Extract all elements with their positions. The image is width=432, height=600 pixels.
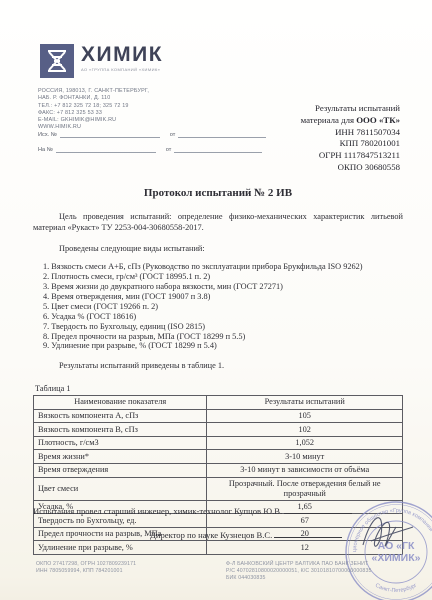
test-item: 6. Усадка % (ГОСТ 18616) [43, 312, 403, 322]
ref-date-blank [178, 131, 266, 138]
company-subtitle: АО «ГРУППА КОМПАНИЙ «ХИМИК» [81, 67, 163, 72]
director-signature-blank [274, 529, 342, 538]
ref-number-label: На № [38, 147, 53, 153]
svg-text:Санкт-Петербург: Санкт-Петербург [374, 583, 418, 594]
address-line: ФАКС: +7 812 325 53 33 [38, 110, 149, 117]
table-row: Время жизни* 3-10 минут [34, 450, 403, 464]
result-value-cell: 102 [207, 423, 403, 437]
company-address-block: РОССИЯ, 198013, Г. САНКТ-ПЕТЕРБУРГ,НАБ. … [38, 88, 149, 132]
table-row: Вязкость компонента А, сПз 105 [34, 409, 403, 423]
results-note: Результаты испытаний приведены в таблице… [33, 361, 403, 371]
tests-list: 1. Вязкость смеси А+Б, сПз (Руководство … [43, 262, 403, 351]
table-header-row: Наименование показателя Результаты испыт… [34, 395, 403, 409]
result-value-cell: 105 [207, 409, 403, 423]
recipient-inn: ИНН 7811507034 [301, 127, 400, 139]
engineer-signature-text: Испытания провел старший инженер, химик-… [33, 506, 282, 516]
indicator-name-cell: Цвет смеси [34, 477, 207, 500]
ref-date-label: от [166, 147, 172, 153]
footer-line: БИК 044030835 [226, 575, 406, 582]
document-title: Протокол испытаний № 2 ИВ [33, 188, 403, 198]
logo-emblem-icon [40, 44, 74, 78]
indicator-name-cell: Время жизни* [34, 450, 207, 464]
indicator-name-cell: Плотность, г/см3 [34, 436, 207, 450]
table-caption: Таблица 1 [35, 384, 403, 394]
address-line: ТЕЛ.: +7 812 325 72 18; 325 72 19 [38, 103, 149, 110]
table-row: Вязкость компонента В, сПз 102 [34, 423, 403, 437]
director-signature-line: Директор по науке Кузнецов В.С. [150, 529, 342, 540]
footer-line: Р/С 40702810800020000051, К/С 3010181070… [226, 568, 406, 575]
ref-number-blank [60, 131, 160, 138]
stamp-center-line1: АО «ГК [378, 540, 415, 552]
test-item: 4. Время отверждения, мин (ГОСТ 19007 п … [43, 292, 403, 302]
ref-number-blank [56, 146, 156, 153]
test-item: 7. Твердость по Бухгольцу, единиц (ISO 2… [43, 322, 403, 332]
recipient-prefix: материала для [301, 115, 357, 125]
scanned-document-page: ХИМИК АО «ГРУППА КОМПАНИЙ «ХИМИК» РОССИЯ… [0, 0, 432, 600]
indicator-name-cell: Время отверждения [34, 463, 207, 477]
table-header-result: Результаты испытаний [207, 395, 403, 409]
recipient-line: Результаты испытаний [301, 103, 400, 115]
indicator-name-cell: Удлинение при разрыве, % [34, 541, 207, 555]
footer-line: ОКПО 27417298, ОГРН 1027809239171 [36, 561, 136, 568]
address-line: НАБ. Р. ФОНТАНКИ, Д. 110 [38, 95, 149, 102]
test-item: 1. Вязкость смеси А+Б, сПз (Руководство … [43, 262, 403, 272]
director-signature-text: Директор по науке Кузнецов В.С. [150, 530, 272, 540]
footer-right-block: Ф-Л БАНКОВСКИЙ ЦЕНТР БАЛТИКА ПАО БАНК ЗЕ… [226, 561, 406, 582]
result-value-cell: 1,052 [207, 436, 403, 450]
result-value-cell: 3-10 минут в зависимости от объёма [207, 463, 403, 477]
reference-line: На №от [38, 146, 278, 153]
table-row: Плотность, г/см3 1,052 [34, 436, 403, 450]
stamp-ring-bottom-text: Санкт-Петербург [374, 583, 418, 594]
company-wordmark: ХИМИК [81, 44, 163, 66]
indicator-name-cell: Вязкость компонента В, сПз [34, 423, 207, 437]
result-value-cell: 3-10 минут [207, 450, 403, 464]
footer-line: ИНН 7805059994, КПП 784201001 [36, 568, 136, 575]
recipient-company: ООО «ТК» [356, 115, 400, 125]
reference-number-lines: Исх. №от На №от [38, 131, 278, 161]
test-item: 2. Плотность смеси, гр/см³ (ГОСТ 18995.1… [43, 272, 403, 282]
company-stamp: Акционерное общество «Группа компаний «Х… [341, 497, 432, 600]
recipient-okpo: ОКПО 30680558 [301, 162, 400, 174]
recipient-block: Результаты испытаний материала для ООО «… [301, 103, 400, 174]
test-item: 3. Время жизни до двукратного набора вяз… [43, 282, 403, 292]
address-line: РОССИЯ, 198013, Г. САНКТ-ПЕТЕРБУРГ, [38, 88, 149, 95]
recipient-ogrn: ОГРН 1117847513211 [301, 150, 400, 162]
table-row: Время отверждения 3-10 минут в зависимос… [34, 463, 403, 477]
ref-date-label: от [170, 132, 176, 138]
footer-requisites: ОКПО 27417298, ОГРН 1027809239171ИНН 780… [36, 561, 406, 582]
tests-intro: Проведены следующие виды испытаний: [33, 244, 403, 254]
recipient-line: материала для ООО «ТК» [301, 115, 400, 127]
purpose-paragraph: Цель проведения испытаний: определение ф… [33, 212, 403, 233]
reference-line: Исх. №от [38, 131, 278, 138]
test-item: 5. Цвет смеси (ГОСТ 19266 п. 2) [43, 302, 403, 312]
test-item: 8. Предел прочности на разрыв, МПа (ГОСТ… [43, 332, 403, 342]
company-logo: ХИМИК АО «ГРУППА КОМПАНИЙ «ХИМИК» [40, 44, 163, 78]
footer-left-block: ОКПО 27417298, ОГРН 1027809239171ИНН 780… [36, 561, 136, 582]
table-header-name: Наименование показателя [34, 395, 207, 409]
ref-number-label: Исх. № [38, 132, 57, 138]
footer-line: Ф-Л БАНКОВСКИЙ ЦЕНТР БАЛТИКА ПАО БАНК ЗЕ… [226, 561, 406, 568]
recipient-kpp: КПП 780201001 [301, 138, 400, 150]
ref-date-blank [174, 146, 262, 153]
test-item: 9. Удлинение при разрыве, % (ГОСТ 18299 … [43, 341, 403, 351]
engineer-signature-line: Испытания провел старший инженер, химик-… [33, 505, 352, 516]
address-line: E-MAIL: GKHIMIK@HIMIK.RU [38, 117, 149, 124]
indicator-name-cell: Вязкость компонента А, сПз [34, 409, 207, 423]
